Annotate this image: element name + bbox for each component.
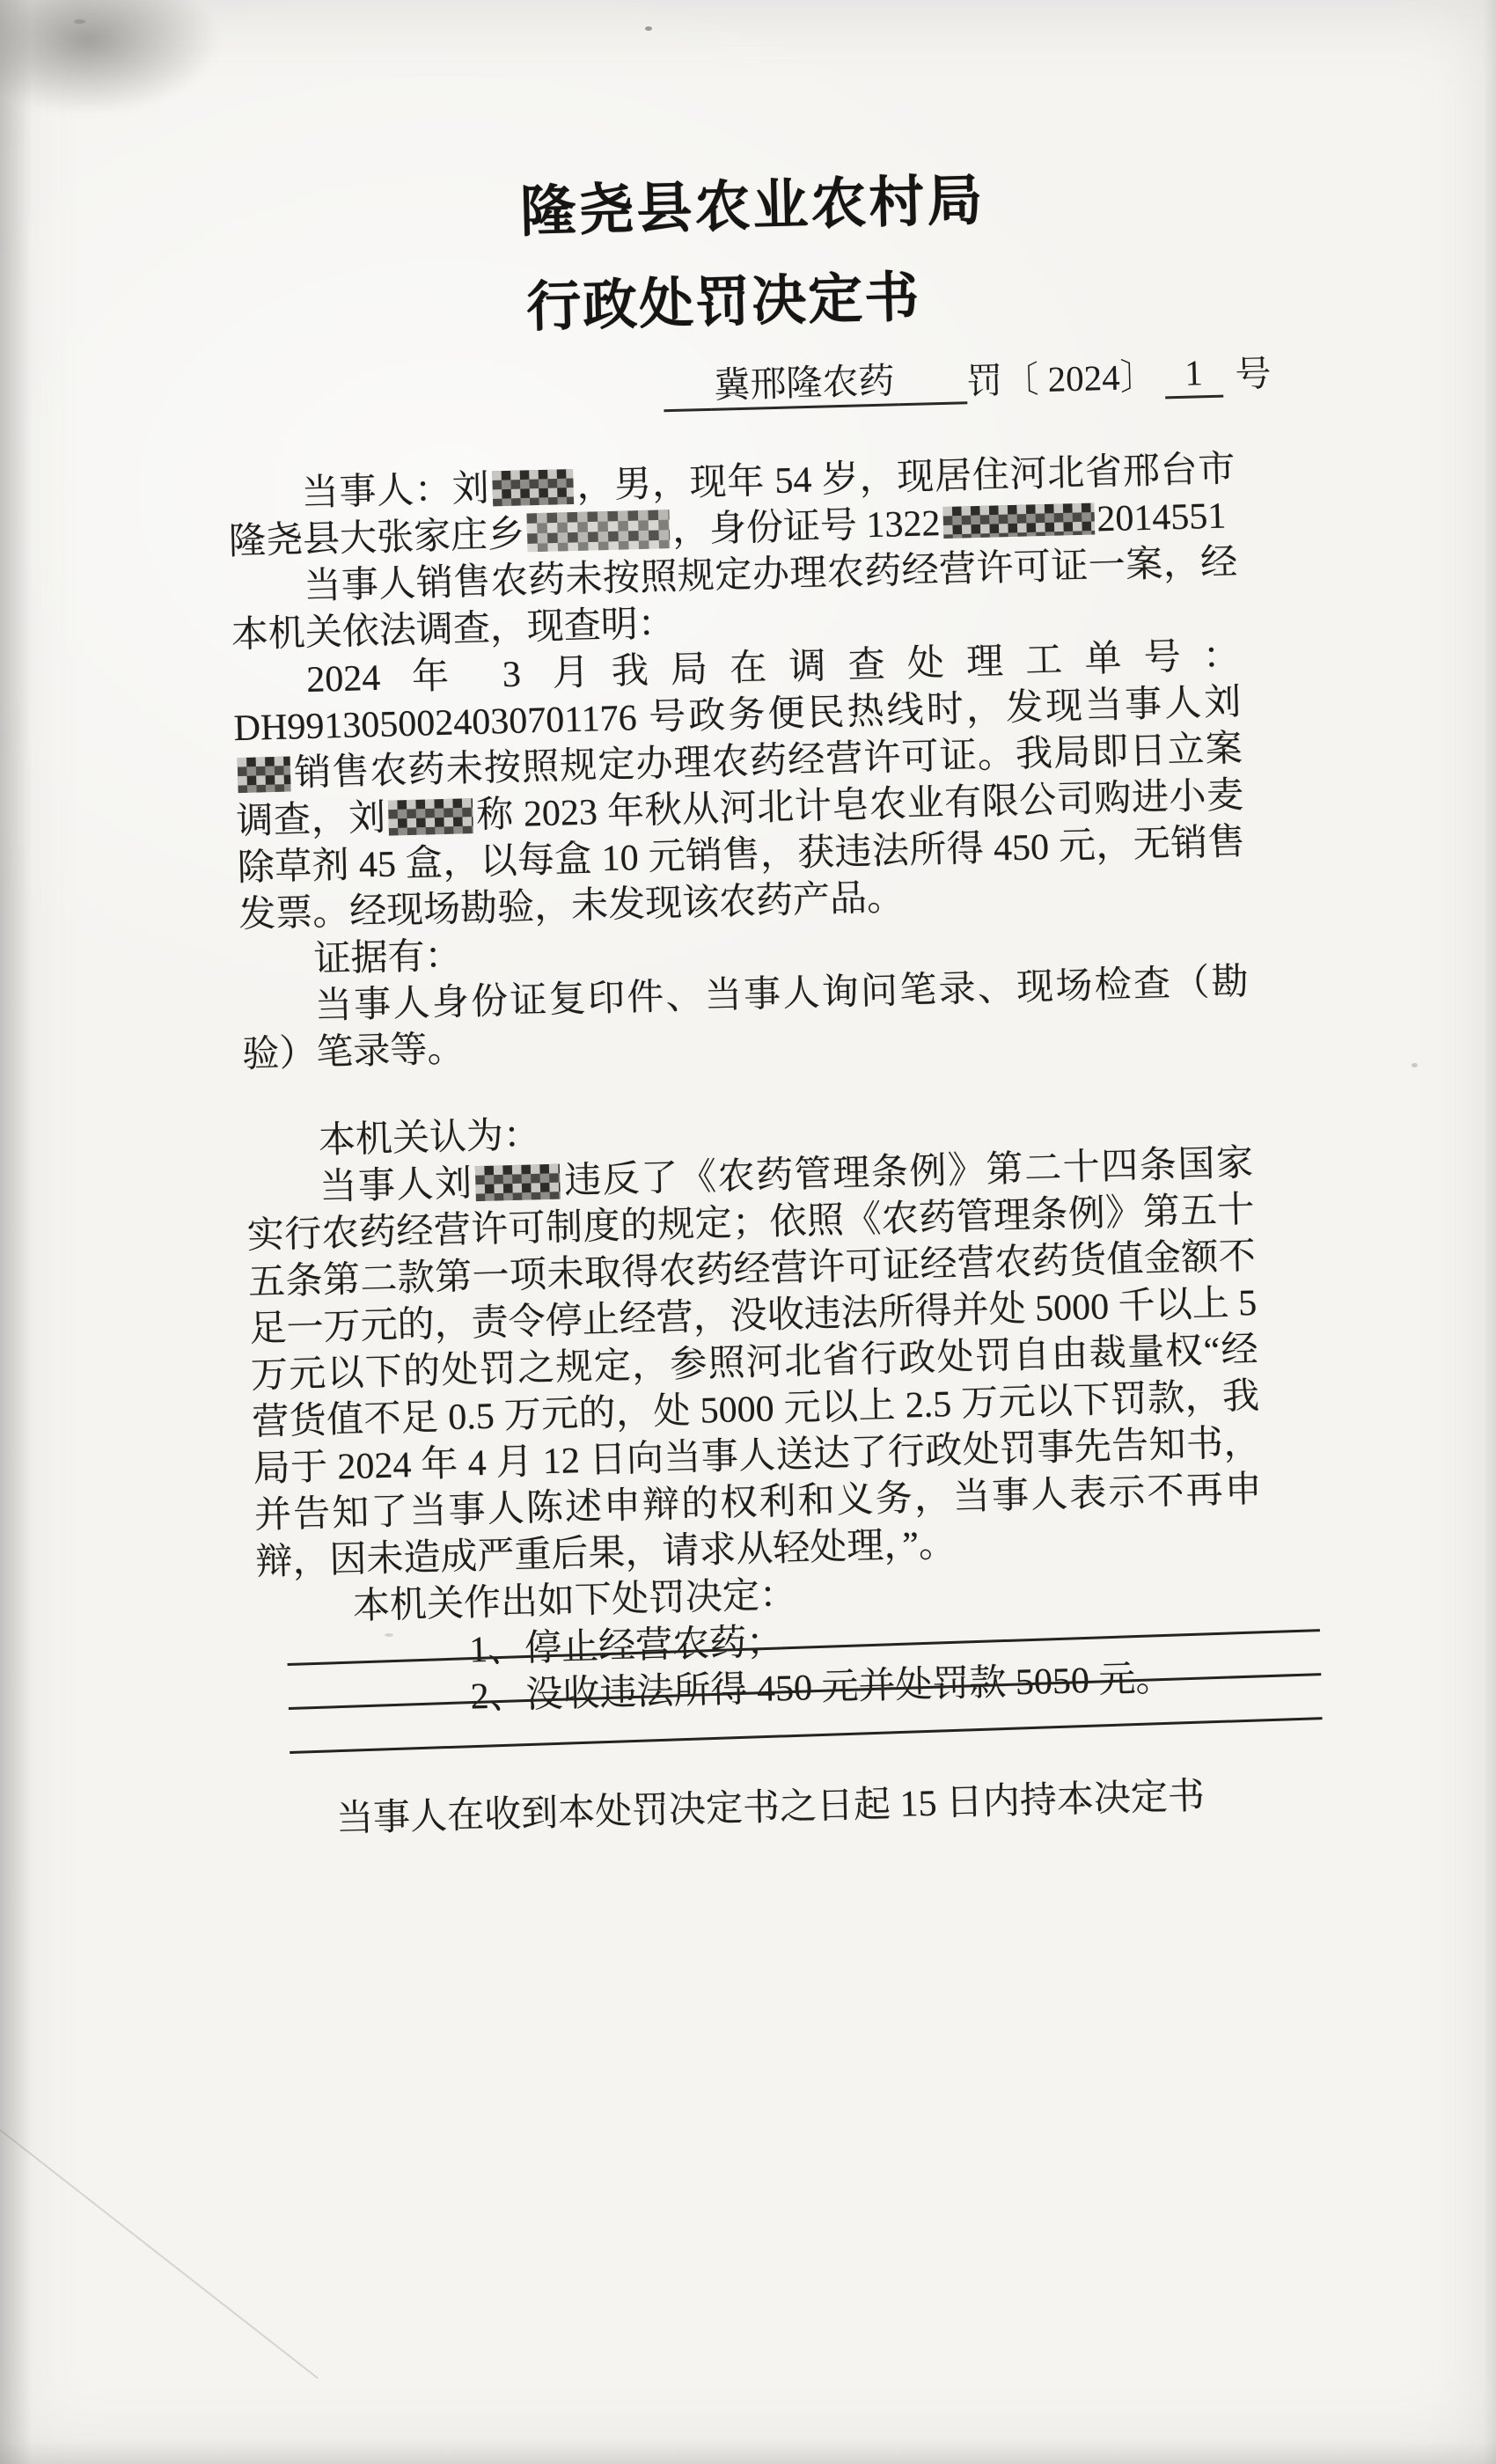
agency-title: 隆尧县农业农村局 — [127, 142, 1378, 258]
document-number-line: 冀邢隆农药罚〔 2024〕1号 — [106, 345, 1356, 427]
paragraph-legal-basis: 当事人刘违反了《农药管理条例》第二十四条国家实行农药经营许可制度的规定；依照《农… — [246, 1140, 1264, 1587]
party-info-text: ，身份证号 1322 — [671, 503, 941, 551]
redaction-block-name — [492, 469, 574, 506]
dust-speck — [1412, 1063, 1418, 1067]
document-content: 隆尧县农业农村局 行政处罚决定书 冀邢隆农药罚〔 2024〕1号 当事人：刘，男… — [100, 143, 1396, 1925]
scan-edge-shadow-left — [0, 0, 32, 2464]
blank-underline — [663, 363, 711, 412]
doc-number-serial: 1 — [1164, 349, 1223, 400]
dust-speck — [74, 19, 85, 24]
redaction-block-name — [388, 798, 473, 835]
scan-edge-shadow-right — [1484, 0, 1496, 2464]
scanned-paper-sheet: 隆尧县农业农村局 行政处罚决定书 冀邢隆农药罚〔 2024〕1号 当事人：刘，男… — [0, 0, 1496, 2464]
legal-basis-text: 当事人刘 — [319, 1163, 474, 1208]
doc-number-issuer: 冀邢隆农药 — [710, 357, 898, 411]
redaction-block-id-number — [942, 503, 1095, 539]
party-info-text: 当事人：刘 — [301, 468, 490, 514]
scanned-penalty-decision-screenshot: { "page": { "title_line1": "隆尧县农业农村局", "… — [0, 0, 1496, 2464]
paragraph-appeal-notice: 当事人在收到本处罚决定书之日起 15 日内持本决定书 — [262, 1772, 1271, 1845]
redaction-block-name — [238, 757, 291, 794]
doc-number-type-year: 罚〔 2024〕 — [966, 354, 1157, 405]
paper-crease — [0, 2129, 319, 2380]
redaction-block-address — [526, 510, 670, 552]
document-type-title: 行政处罚决定书 — [98, 242, 1349, 353]
doc-number-suffix: 号 — [1235, 350, 1272, 397]
decision-item-text: 1、停止经营农药； — [469, 1622, 784, 1670]
party-info-text: 2014551 — [1096, 496, 1227, 540]
findings-text: 称 2023 年秋从河北计皂农业有限公司购进小麦除草剂 45 盒，以每盒 10 … — [237, 775, 1245, 935]
scan-edge-shadow-bottom — [0, 2441, 1496, 2464]
dust-speck — [645, 26, 652, 31]
blank-underline — [898, 356, 967, 406]
legal-basis-text: 违反了《农药管理条例》第二十四条国家实行农药经营许可制度的规定；依照《农药管理条… — [246, 1143, 1262, 1583]
scan-smudge-top-left — [0, 0, 220, 114]
paragraph-findings: 2024 年 3 月我局在调查处理工单号：DH99130500240307011… — [232, 633, 1247, 939]
redaction-block-name — [475, 1164, 561, 1201]
